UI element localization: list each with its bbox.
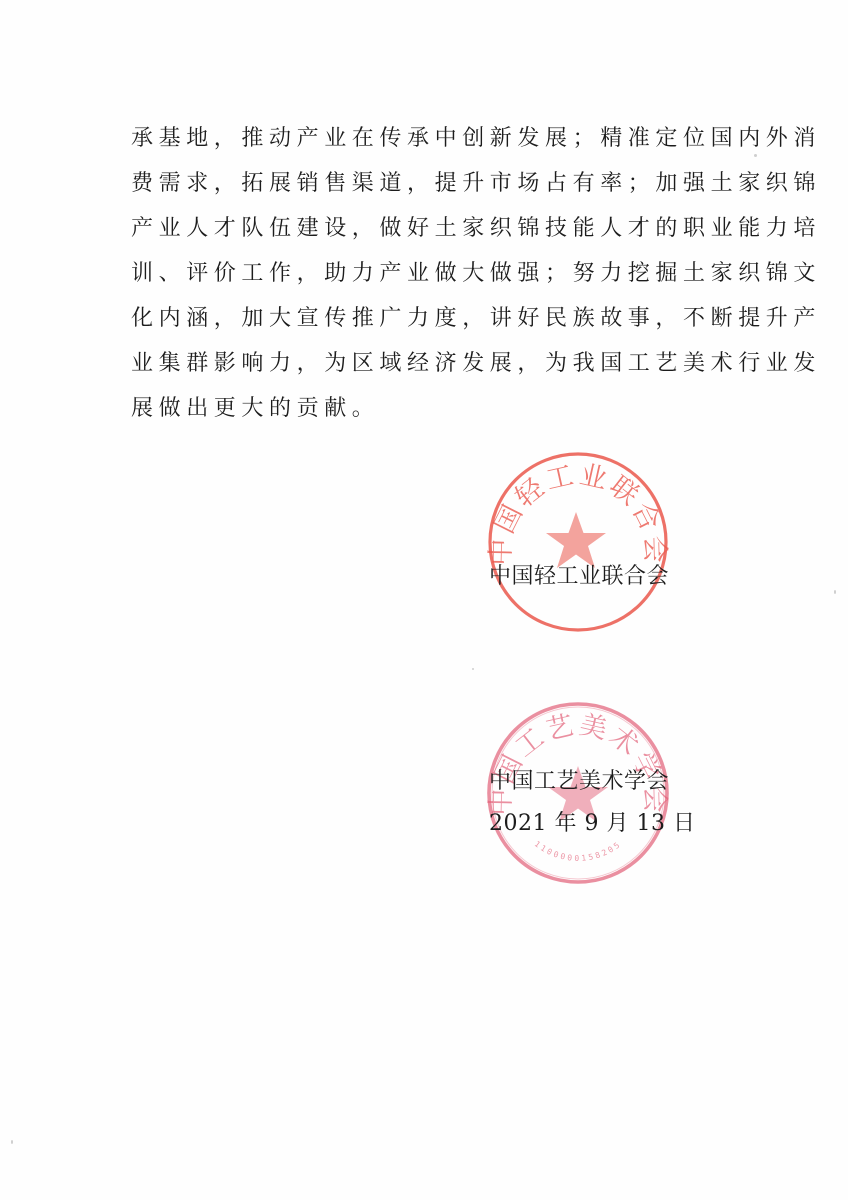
body-line: 业集群影响力，为区域经济发展，为我国工艺美术行业发 [131,349,721,394]
svg-text:1100000158205: 1100000158205 [533,839,624,863]
body-line: 承基地，推动产业在传承中创新发展；精准定位国内外消 [131,124,721,169]
signature-date: 2021 年 9 月 13 日 [489,810,695,838]
scan-speck [472,668,474,670]
signature-organization: 中国轻工业联合会 [489,563,669,591]
body-line: 费需求，拓展销售渠道，提升市场占有率；加强土家织锦 [131,169,721,214]
body-line: 产业人才队伍建设，做好土家织锦技能人才的职业能力培 [131,214,721,259]
scan-speck [11,1140,13,1144]
star-icon [546,512,606,568]
scan-speck [834,590,836,594]
scan-speck [754,154,757,157]
document-page: 承基地，推动产业在传承中创新发展；精准定位国内外消 费需求，拓展销售渠道，提升市… [0,0,848,1200]
body-line: 化内涵，加大宣传推广力度，讲好民族故事，不断提升产 [131,304,721,349]
official-seal-light-industry: 中国轻工业联合会 [485,450,671,636]
signature-organization: 中国工艺美术学会 [489,768,669,796]
body-line: 展做出更大的贡献。 [131,394,721,439]
seal-graphic: 中国轻工业联合会 [485,450,671,636]
seal-number: 1100000158205 [533,839,624,863]
body-line: 训、评价工作，助力产业做大做强；努力挖掘土家织锦文 [131,259,721,304]
body-paragraph: 承基地，推动产业在传承中创新发展；精准定位国内外消 费需求，拓展销售渠道，提升市… [131,124,721,439]
